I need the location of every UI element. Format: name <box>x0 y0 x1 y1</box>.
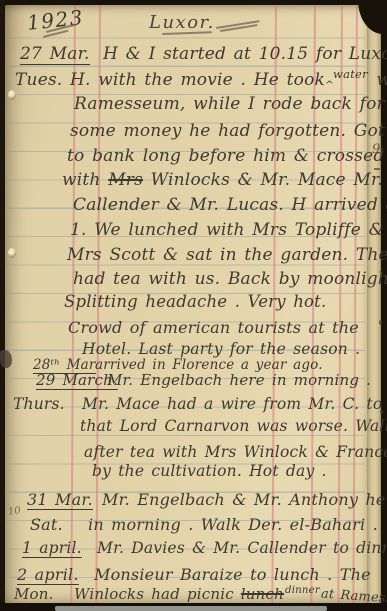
line-text: to bank long before him & crossed <box>67 146 384 166</box>
line-text: had tea with us. Back by moonlight. <box>73 269 387 289</box>
margin-day-label: Thurs. <box>13 395 65 413</box>
line-text: Crowd of american tourists at the <box>68 318 359 337</box>
fore-edge-note: 9 <box>372 142 380 157</box>
ink-blot <box>0 350 12 368</box>
margin-day-label: Tues. <box>15 70 62 90</box>
line-text: Callender & Mr. Lucas. H arrived at <box>73 195 387 215</box>
margin-date: 29 March. <box>36 371 118 390</box>
margin-date: 31 Mar. <box>27 490 93 510</box>
line-text: some money he had forgotten. Got <box>70 121 385 141</box>
line-text: H. with the movie . He took^water wheel … <box>70 70 387 90</box>
binding-hole <box>8 248 16 258</box>
line-text: Mrs Scott & sat in the garden. They <box>67 245 387 265</box>
margin-date: 27 Mar. <box>20 44 90 65</box>
line-text: Winlocks had picnic lunchdinner at Rames… <box>74 585 387 603</box>
year-heading: 1923 <box>26 5 85 35</box>
margin-date: 2 april. <box>17 565 79 585</box>
line-text: Mr. Engelbach & Mr. Anthony here <box>102 490 387 509</box>
line-text: that Lord Carnarvon was worse. Walk <box>80 417 387 435</box>
margin-day-label: Mon. <box>14 585 54 603</box>
line-text: after tea with Mrs Winlock & Frances <box>84 443 387 461</box>
line-text: by the cultivation. Hot day . <box>92 462 327 480</box>
line-text: Monsieur Baraize to lunch . The <box>94 565 371 584</box>
line-text: Mr. Davies & Mr. Callender to dinner. <box>97 539 387 557</box>
edge-speck <box>380 410 383 414</box>
line-text: H & I started at 10.15 for Luxor, <box>103 44 387 64</box>
line-text: Mr. Mace had a wire from Mr. C. to say <box>82 395 387 413</box>
title-underline <box>162 31 212 34</box>
page-title: Luxor. <box>149 12 215 33</box>
line-text: Splitting headache . Very hot. <box>64 292 326 311</box>
scanned-diary-photo: 1923 Luxor. 27 Mar.H & I started at 10.1… <box>0 0 387 611</box>
edge-speck <box>379 320 382 325</box>
line-text: with Mrs Winlocks & Mr. Mace Mr. <box>62 170 383 190</box>
fore-edge-dash <box>374 168 380 170</box>
ink-layer: 1923 Luxor. 27 Mar.H & I started at 10.1… <box>0 0 387 611</box>
line-text: in morning . Walk Der. el-Bahari . <box>88 515 378 534</box>
binding-hole <box>8 90 16 100</box>
line-text: 1. We lunched with Mrs Topliffe & <box>70 220 384 240</box>
line-text: Ramesseum, while I rode back for <box>74 94 385 114</box>
line-text: Mr. Engelbach here in morning . <box>107 371 371 389</box>
margin-day-label: Sat. <box>30 515 63 534</box>
margin-date: 1 april. <box>22 539 82 558</box>
pencil-margin-mark: 10 <box>7 505 21 518</box>
line-text: Hotel. Last party for the season . <box>82 340 360 358</box>
